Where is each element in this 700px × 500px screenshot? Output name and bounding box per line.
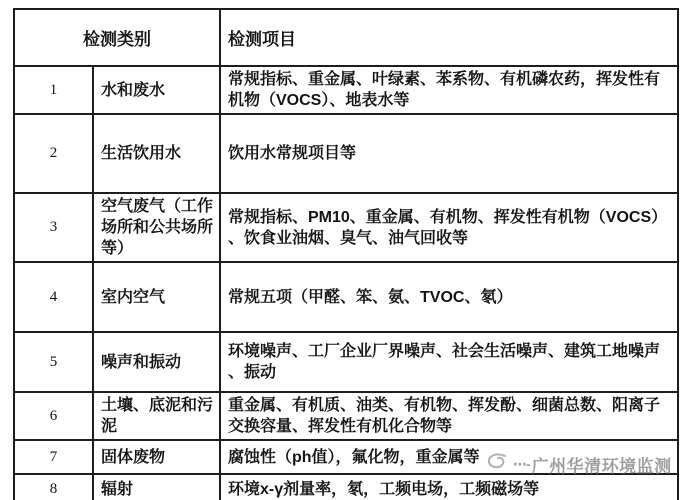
table-row: 3 空气废气（工作场所和公共场所等） 常规指标、PM10、重金属、有机物、挥发性… bbox=[14, 193, 678, 262]
row-number-cell: 8 bbox=[14, 474, 93, 500]
header-cell-category: 检测类别 bbox=[14, 9, 220, 66]
table-row: 1 水和废水 常规指标、重金属、叶绿素、苯系物、有机磷农药，挥发性有机物（VOC… bbox=[14, 66, 678, 114]
row-category-cell: 辐射 bbox=[93, 474, 220, 500]
row-category-cell: 固体废物 bbox=[93, 440, 220, 474]
row-number-cell: 5 bbox=[14, 332, 93, 392]
row-category-cell: 空气废气（工作场所和公共场所等） bbox=[93, 193, 220, 262]
row-items-cell: 常规五项（甲醛、笨、氨、TVOC、氡） bbox=[220, 262, 678, 332]
row-number-cell: 3 bbox=[14, 193, 93, 262]
table-row: 4 室内空气 常规五项（甲醛、笨、氨、TVOC、氡） bbox=[14, 262, 678, 332]
header-cell-items: 检测项目 bbox=[220, 9, 678, 66]
row-number-cell: 4 bbox=[14, 262, 93, 332]
row-category-cell: 生活饮用水 bbox=[93, 114, 220, 193]
table-row: 8 辐射 环境x-γ剂量率，氡，工频电场，工频磁场等 bbox=[14, 474, 678, 500]
row-items-cell: 饮用水常规项目等 bbox=[220, 114, 678, 193]
row-number-cell: 2 bbox=[14, 114, 93, 193]
row-items-cell: 腐蚀性（ph值），氟化物，重金属等 bbox=[220, 440, 678, 474]
row-items-cell: 环境x-γ剂量率，氡，工频电场，工频磁场等 bbox=[220, 474, 678, 500]
table-row: 6 土壤、底泥和污泥 重金属、有机质、油类、有机物、挥发酚、细菌总数、阳离子交换… bbox=[14, 392, 678, 440]
row-items-cell: 环境噪声、工厂企业厂界噪声、社会生活噪声、建筑工地噪声、振动 bbox=[220, 332, 678, 392]
table-row: 7 固体废物 腐蚀性（ph值），氟化物，重金属等 bbox=[14, 440, 678, 474]
row-items-cell: 常规指标、PM10、重金属、有机物、挥发性有机物（VOCS）、饮食业油烟、臭气、… bbox=[220, 193, 678, 262]
row-items-cell: 常规指标、重金属、叶绿素、苯系物、有机磷农药，挥发性有机物（VOCS）、地表水等 bbox=[220, 66, 678, 114]
row-number-cell: 7 bbox=[14, 440, 93, 474]
row-category-cell: 土壤、底泥和污泥 bbox=[93, 392, 220, 440]
row-category-cell: 噪声和振动 bbox=[93, 332, 220, 392]
row-items-cell: 重金属、有机质、油类、有机物、挥发酚、细菌总数、阳离子交换容量、挥发性有机化合物… bbox=[220, 392, 678, 440]
table-body: 1 水和废水 常规指标、重金属、叶绿素、苯系物、有机磷农药，挥发性有机物（VOC… bbox=[14, 66, 678, 500]
table-row: 2 生活饮用水 饮用水常规项目等 bbox=[14, 114, 678, 193]
row-number-cell: 1 bbox=[14, 66, 93, 114]
detection-categories-table: 检测类别 检测项目 1 水和废水 常规指标、重金属、叶绿素、苯系物、有机磷农药，… bbox=[13, 8, 679, 500]
row-category-cell: 室内空气 bbox=[93, 262, 220, 332]
page: 检测类别 检测项目 1 水和废水 常规指标、重金属、叶绿素、苯系物、有机磷农药，… bbox=[0, 0, 700, 500]
row-category-cell: 水和废水 bbox=[93, 66, 220, 114]
table-header-row: 检测类别 检测项目 bbox=[14, 9, 678, 66]
table-row: 5 噪声和振动 环境噪声、工厂企业厂界噪声、社会生活噪声、建筑工地噪声、振动 bbox=[14, 332, 678, 392]
row-number-cell: 6 bbox=[14, 392, 93, 440]
